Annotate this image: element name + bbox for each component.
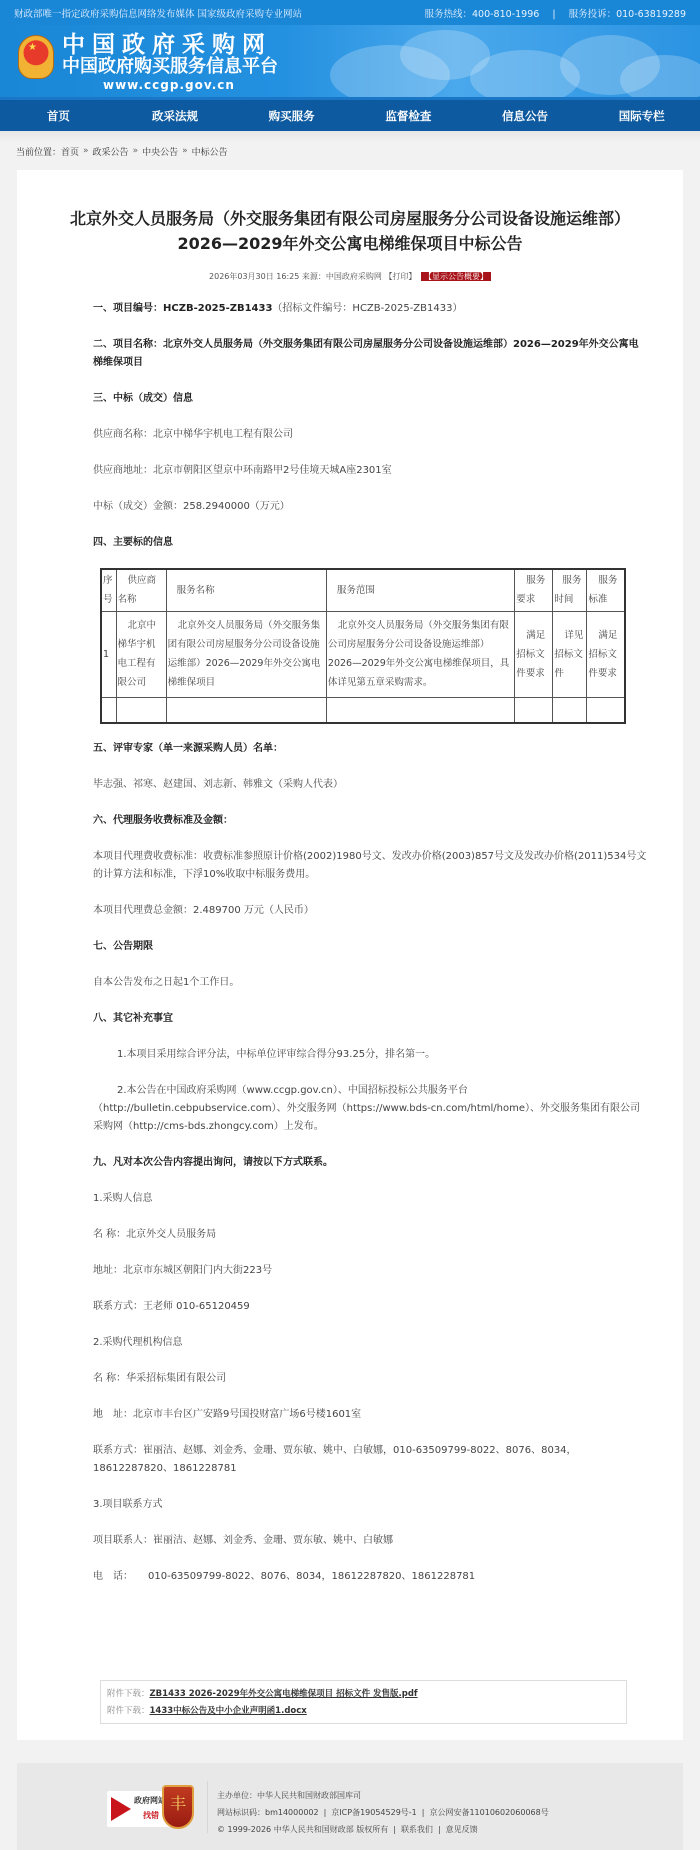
host-unit: 主办单位：中华人民共和国财政部国库司: [217, 1787, 549, 1804]
party-gov-organ-badge-icon[interactable]: 丰: [162, 1785, 194, 1829]
show-summary-button[interactable]: 【显示公告概要】: [421, 272, 491, 281]
registration-info: 网站标识码：bm14000002|京ICP备19054529号-1|京公网安备1…: [217, 1804, 549, 1821]
extra-item-2: 2.本公告在中国政府采购网（www.ccgp.gov.cn）、中国招标投标公共服…: [93, 1082, 648, 1136]
project-contact-people: 项目联系人：崔丽洁、赵娜、刘金秀、金珊、贾东敏、姚中、白敏娜: [93, 1532, 648, 1550]
article-body: 一、项目编号：HCZB-2025-ZB1433（招标文件编号：HCZB-2025…: [93, 300, 648, 1604]
attachment-label: 附件下载：: [107, 1689, 150, 1699]
cell-service-requirement: 满足招标文件要求: [515, 611, 553, 697]
table-row: 1 北京中梯华宇机电工程有限公司 北京外交人员服务局（外交服务集团有限公司房屋服…: [101, 611, 625, 697]
agency-name: 名 称：华采招标集团有限公司: [93, 1370, 648, 1388]
extra-item-1: 1.本项目采用综合评分法，中标单位评审综合得分93.25分，排名第一。: [93, 1046, 648, 1064]
table-header-row: 序号 供应商名称 服务名称 服务范围 服务要求 服务时间 服务标准: [101, 569, 625, 611]
site-url: www.ccgp.gov.cn: [103, 78, 235, 92]
header-service-time: 服务时间: [553, 569, 587, 611]
breadcrumb-separator: »: [133, 146, 139, 156]
cell-index: 1: [101, 611, 116, 697]
national-emblem-icon: ★: [18, 35, 54, 79]
section-project-name: 二、项目名称：北京外交人员服务局（外交服务集团有限公司房屋服务分公司设备设施运维…: [93, 336, 648, 372]
fee-total: 本项目代理费总金额：2.489700 万元（人民币）: [93, 902, 648, 920]
header-index: 序号: [101, 569, 116, 611]
publish-datetime: 2026年03月30日 16:25: [209, 272, 299, 281]
section-extra: 八、其它补充事宜: [93, 1010, 648, 1028]
icp-number[interactable]: 京ICP备19054529号-1: [331, 1808, 416, 1817]
breadcrumb: 当前位置： 首页 » 政采公告 » 中央公告 » 中标公告: [0, 131, 700, 171]
attachment-label: 附件下载：: [107, 1706, 150, 1716]
site-id: 网站标识码：bm14000002: [217, 1808, 319, 1817]
attachment-link-pdf[interactable]: ZB1433 2026-2029年外交公寓电梯维保项目 招标文件 发售版.pdf: [150, 1689, 418, 1699]
breadcrumb-prefix: 当前位置：: [16, 145, 61, 158]
header-service-standard: 服务标准: [587, 569, 625, 611]
project-code: HCZB-2025-ZB1433: [163, 303, 272, 314]
nav-announcements[interactable]: 信息公告: [467, 108, 584, 124]
site-logo-title[interactable]: 中国政府采购网: [62, 33, 272, 57]
attachments-box: 附件下载：ZB1433 2026-2029年外交公寓电梯维保项目 招标文件 发售…: [100, 1680, 627, 1724]
service-contacts: 服务热线：400-810-1996 | 服务投诉：010-63819289: [425, 6, 687, 20]
section-project-number: 一、项目编号：HCZB-2025-ZB1433（招标文件编号：HCZB-2025…: [93, 300, 648, 318]
site-footer: 政府网站 找错 丰 主办单位：中华人民共和国财政部国库司 网站标识码：bm140…: [17, 1763, 683, 1850]
copyright: © 1999-2026 中华人民共和国财政部 版权所有: [217, 1825, 388, 1834]
article-meta: 2026年03月30日 16:25 来源：中国政府采购网 【打印】 【显示公告概…: [17, 271, 683, 282]
print-button[interactable]: 【打印】: [384, 272, 416, 281]
attachment-link-docx[interactable]: 1433中标公告及中小企业声明函1.docx: [150, 1706, 307, 1716]
agency-address: 地 址：北京市丰台区广安路9号国投财富广场6号楼1601室: [93, 1406, 648, 1424]
section-contact: 九、凡对本次公告内容提出询问，请按以下方式联系。: [93, 1154, 648, 1172]
section-experts: 五、评审专家（单一来源采购人员）名单：: [93, 740, 648, 758]
contact-us-link[interactable]: 联系我们: [401, 1825, 433, 1834]
main-items-table: 序号 供应商名称 服务名称 服务范围 服务要求 服务时间 服务标准 1 北京中梯…: [100, 568, 626, 724]
complaint-line: 服务投诉：010-63819289: [569, 9, 686, 20]
feedback-link[interactable]: 意见反馈: [446, 1825, 478, 1834]
nav-supervision[interactable]: 监督检查: [350, 108, 467, 124]
attachment-item: 附件下载：1433中标公告及中小企业声明函1.docx: [107, 1703, 620, 1720]
header-service-requirement: 服务要求: [515, 569, 553, 611]
supplier-address: 供应商地址：北京市朝阳区望京中环南路甲2号佳境天城A座2301室: [93, 462, 648, 480]
announcement-period: 自本公告发布之日起1个工作日。: [93, 974, 648, 992]
breadcrumb-separator: »: [83, 146, 89, 156]
separator: |: [552, 9, 555, 20]
breadcrumb-central[interactable]: 中央公告: [142, 145, 178, 158]
site-logo-subtitle: 中国政府购买服务信息平台: [62, 57, 278, 77]
hotline: 服务热线：400-810-1996: [425, 9, 540, 20]
section-main-items: 四、主要标的信息: [93, 534, 648, 552]
purchaser-heading: 1.采购人信息: [93, 1190, 648, 1208]
header-supplier: 供应商名称: [116, 569, 166, 611]
footer-divider: [207, 1781, 208, 1833]
source: 来源：中国政府采购网: [302, 272, 382, 281]
article-container: 北京外交人员服务局（外交服务集团有限公司房屋服务分公司设备设施运维部）2026—…: [17, 170, 683, 1740]
site-slogan: 财政部唯一指定政府采购信息网络发布媒体 国家级政府采购专业网站: [14, 6, 302, 20]
cell-service-time: 详见招标文件: [553, 611, 587, 697]
experts-list: 毕志强、祁寒、赵建国、刘志新、韩雅文（采购人代表）: [93, 776, 648, 794]
tender-doc-number: （招标文件编号：HCZB-2025-ZB1433）: [272, 303, 462, 314]
nav-regulations[interactable]: 政采法规: [117, 108, 234, 124]
police-record[interactable]: 京公网安备11010602060068号: [429, 1808, 548, 1817]
supplier-name: 供应商名称：北京中梯华宇机电工程有限公司: [93, 426, 648, 444]
footer-info: 主办单位：中华人民共和国财政部国库司 网站标识码：bm14000002|京ICP…: [217, 1787, 549, 1838]
award-amount: 中标（成交）金额：258.2940000（万元）: [93, 498, 648, 516]
breadcrumb-award[interactable]: 中标公告: [192, 145, 228, 158]
table-row-empty: [101, 697, 625, 723]
cell-supplier: 北京中梯华宇机电工程有限公司: [116, 611, 166, 697]
breadcrumb-announcements[interactable]: 政采公告: [93, 145, 129, 158]
purchaser-name: 名 称：北京外交人员服务局: [93, 1226, 648, 1244]
cell-service-name: 北京外交人员服务局（外交服务集团有限公司房屋服务分公司设备设施运维部）2026—…: [166, 611, 326, 697]
site-banner: ★ 中国政府采购网 中国政府购买服务信息平台 www.ccgp.gov.cn: [0, 25, 700, 97]
page-title: 北京外交人员服务局（外交服务集团有限公司房屋服务分公司设备设施运维部）2026—…: [55, 206, 645, 256]
section-agency-fee: 六、代理服务收费标准及金额：: [93, 812, 648, 830]
purchaser-contact: 联系方式：王老师 010-65120459: [93, 1298, 648, 1316]
attachment-item: 附件下载：ZB1433 2026-2029年外交公寓电梯维保项目 招标文件 发售…: [107, 1686, 620, 1703]
cell-service-scope: 北京外交人员服务局（外交服务集团有限公司房屋服务分公司设备设施运维部）2026—…: [326, 611, 514, 697]
purchaser-address: 地址：北京市东城区朝阳门内大街223号: [93, 1262, 648, 1280]
header-service-name: 服务名称: [166, 569, 326, 611]
copyright-line: © 1999-2026 中华人民共和国财政部 版权所有|联系我们|意见反馈: [217, 1821, 549, 1838]
nav-home[interactable]: 首页: [0, 108, 117, 124]
section-period: 七、公告期限: [93, 938, 648, 956]
agency-contact: 联系方式：崔丽洁、赵娜、刘金秀、金珊、贾东敏、姚中、白敏娜，010-635097…: [93, 1442, 648, 1478]
cell-service-standard: 满足招标文件要求: [587, 611, 625, 697]
project-contact-phone: 电 话： 010-63509799-8022、8076、8034，1861228…: [93, 1568, 648, 1586]
nav-purchase-services[interactable]: 购买服务: [233, 108, 350, 124]
agency-heading: 2.采购代理机构信息: [93, 1334, 648, 1352]
top-info-bar: 财政部唯一指定政府采购信息网络发布媒体 国家级政府采购专业网站 服务热线：400…: [0, 0, 700, 25]
header-service-scope: 服务范围: [326, 569, 514, 611]
nav-international[interactable]: 国际专栏: [583, 108, 700, 124]
breadcrumb-home[interactable]: 首页: [61, 145, 79, 158]
magnifier-flag-icon: [111, 1797, 131, 1821]
breadcrumb-separator: »: [182, 146, 188, 156]
section-award-info: 三、中标（成交）信息: [93, 390, 648, 408]
main-nav: 首页 政采法规 购买服务 监督检查 信息公告 国际专栏: [0, 97, 700, 131]
fee-standard: 本项目代理费收费标准：收费标准参照原计价格(2002)1980号文、发改办价格(…: [93, 848, 648, 884]
project-contact-heading: 3.项目联系方式: [93, 1496, 648, 1514]
